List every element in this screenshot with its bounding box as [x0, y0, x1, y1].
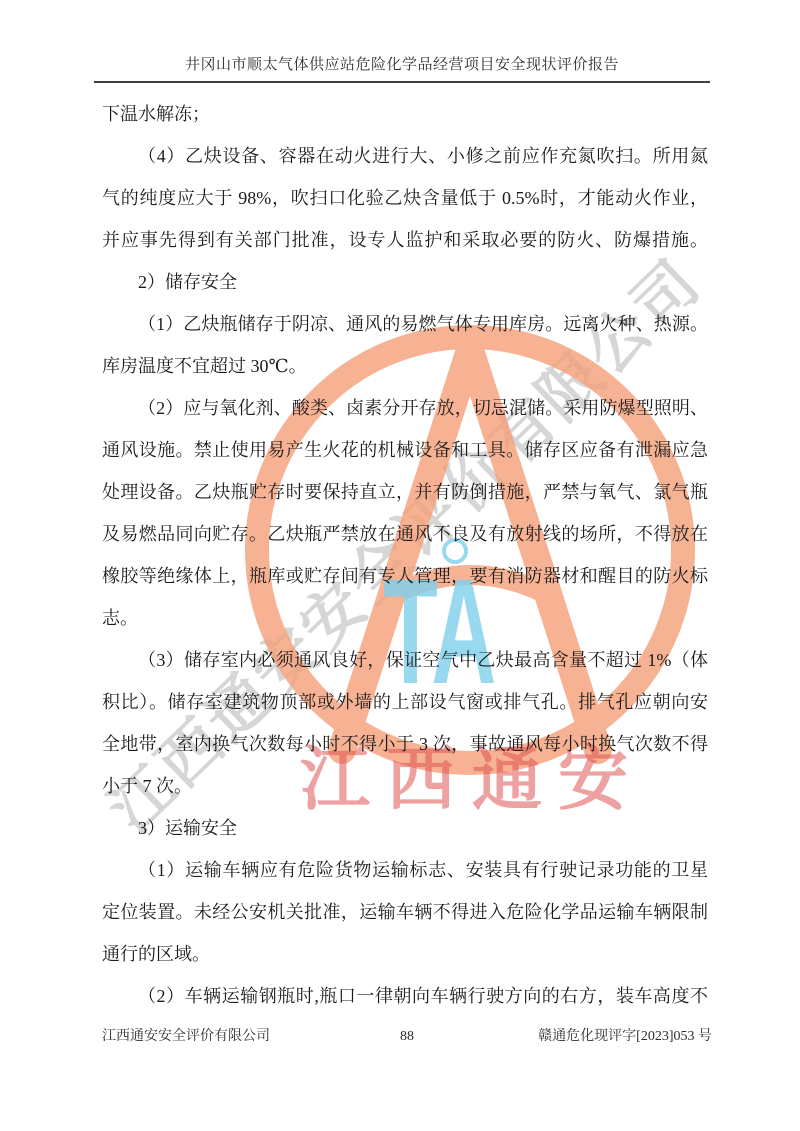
text-line: 小于 7 次。: [102, 765, 708, 807]
text-line: 积比）。储存室建筑物顶部或外墙的上部设气窗或排气孔。排气孔应朝向安: [102, 681, 708, 723]
text-line: （1）乙炔瓶储存于阴凉、通风的易燃气体专用库房。远离火种、热源。: [102, 303, 708, 345]
text-line: 处理设备。乙炔瓶贮存时要保持直立，并有防倒措施，严禁与氧气、氯气瓶: [102, 471, 708, 513]
text-line: 库房温度不宜超过 30℃。: [102, 345, 708, 387]
document-page: 江西通安安全评价有限公司 TA 江西通安 井冈山市顺太气体供应站危险化学品经营项…: [0, 0, 800, 1131]
text-line: 并应事先得到有关部门批准，设专人监护和采取必要的防火、防爆措施。: [102, 219, 708, 261]
text-line: 全地带，室内换气次数每小时不得小于 3 次，事故通风每小时换气次数不得: [102, 723, 708, 765]
text-line: 下温水解冻；: [102, 93, 708, 135]
text-line: （4）乙炔设备、容器在动火进行大、小修之前应作充氮吹扫。所用氮: [102, 135, 708, 177]
text-line: （2）车辆运输钢瓶时,瓶口一律朝向车辆行驶方向的右方，装车高度不: [102, 975, 708, 1017]
text-line: （3）储存室内必须通风良好，保证空气中乙炔最高含量不超过 1%（体: [102, 639, 708, 681]
body-text: 下温水解冻；（4）乙炔设备、容器在动火进行大、小修之前应作充氮吹扫。所用氮气的纯…: [102, 93, 708, 1017]
text-line: （1）运输车辆应有危险货物运输标志、安装具有行驶记录功能的卫星: [102, 849, 708, 891]
text-line: 橡胶等绝缘体上，瓶库或贮存间有专人管理，要有消防器材和醒目的防火标: [102, 555, 708, 597]
text-line: 志。: [102, 597, 708, 639]
page-header-title: 井冈山市顺太气体供应站危险化学品经营项目安全现状评价报告: [96, 53, 708, 74]
text-line: 及易燃品同向贮存。乙炔瓶严禁放在通风不良及有放射线的场所，不得放在: [102, 513, 708, 555]
text-line: 通行的区域。: [102, 933, 708, 975]
text-line: 3）运输安全: [102, 807, 708, 849]
text-line: （2）应与氧化剂、酸类、卤素分开存放，切忌混储。采用防爆型照明、: [102, 387, 708, 429]
text-line: 通风设施。禁止使用易产生火花的机械设备和工具。储存区应备有泄漏应急: [102, 429, 708, 471]
footer-doc-number: 赣通危化现评字[2023]053 号: [538, 1027, 712, 1047]
text-line: 定位装置。未经公安机关批准，运输车辆不得进入危险化学品运输车辆限制: [102, 891, 708, 933]
text-line: 2）储存安全: [102, 261, 708, 303]
header-rule: [94, 81, 710, 83]
text-line: 气的纯度应大于 98%，吹扫口化验乙炔含量低于 0.5%时，才能动火作业，: [102, 177, 708, 219]
